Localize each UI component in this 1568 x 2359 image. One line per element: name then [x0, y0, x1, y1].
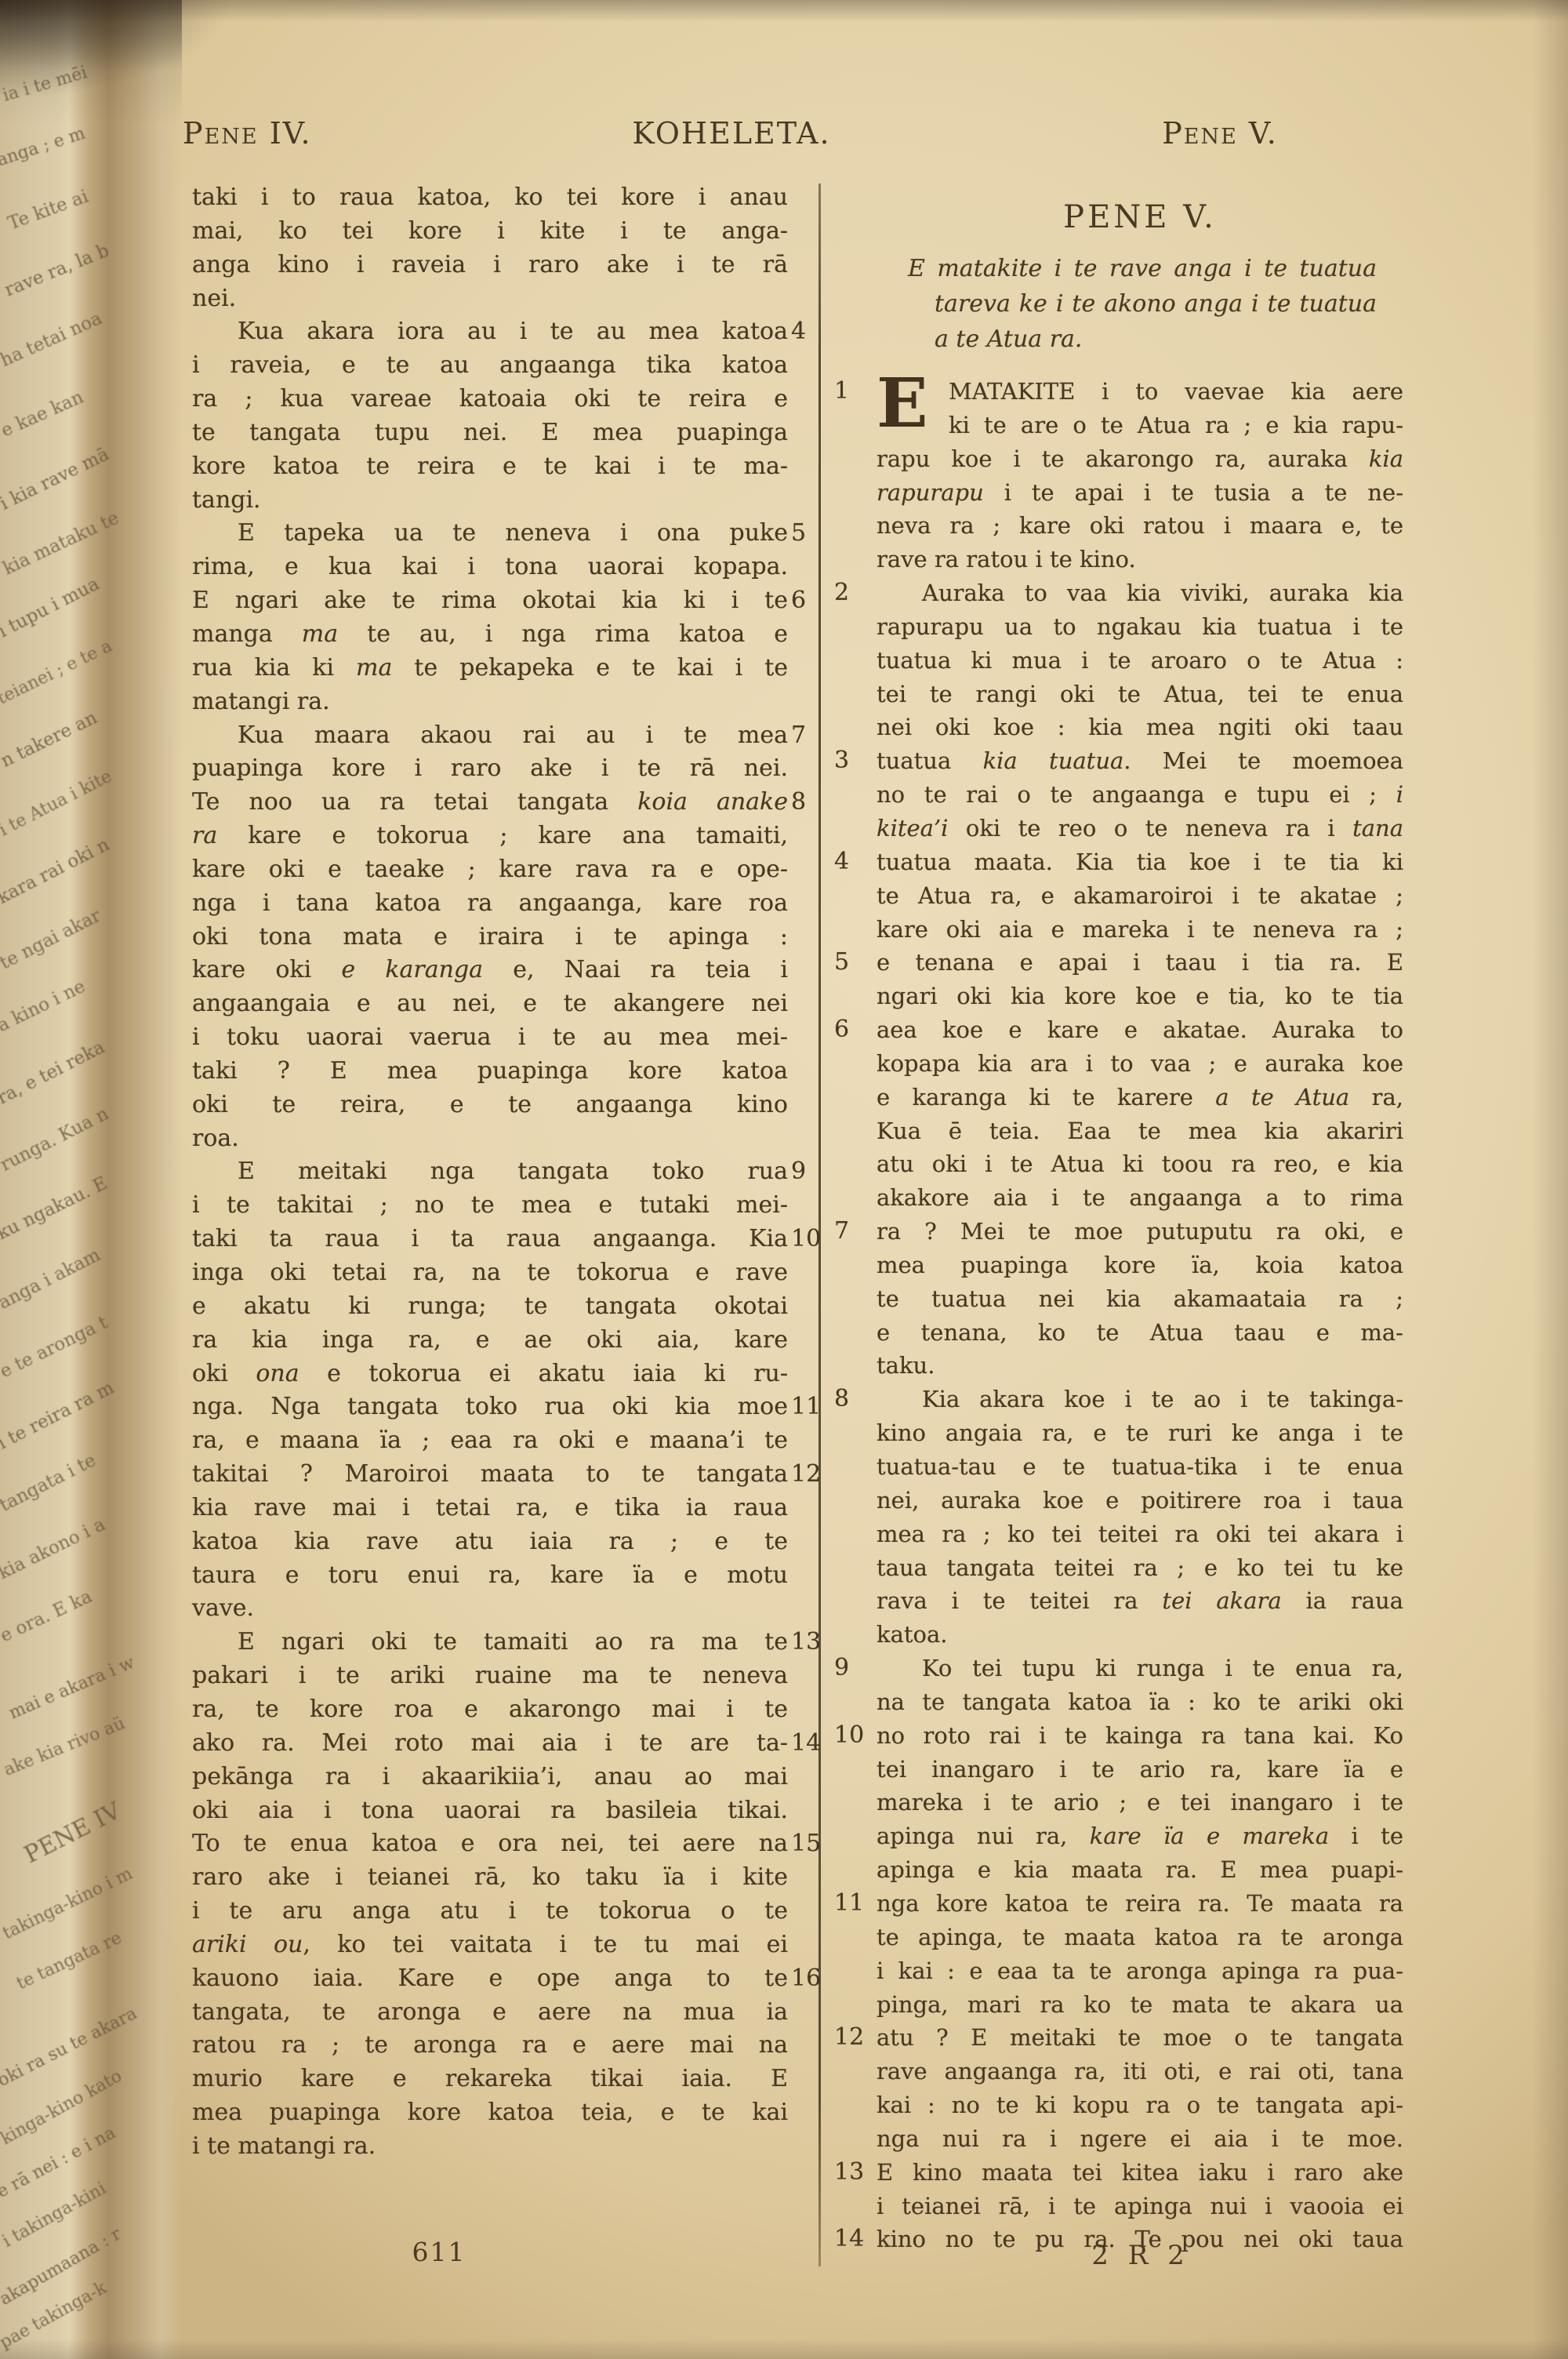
text-line: 12atu ? E meitaki te moe o te tangata [877, 2021, 1403, 2055]
text-line: 2Auraka to vaa kia viviki, auraka kia [877, 576, 1403, 610]
text-line: tei te rangi oki te Atua, tei te enua [877, 678, 1403, 711]
text-line: pekānga ra i akaarikiia’i, anau ao mai [192, 1761, 788, 1794]
text-line: 6aea koe e kare e akatae. Auraka to [877, 1013, 1403, 1047]
verse-number: 11 [833, 1887, 873, 1921]
text-line: 5E tapeka ua te neneva i ona puke [192, 517, 788, 551]
text-line: nei, auraka koe e poitirere roa i taua [877, 1484, 1403, 1518]
text-line: kia rave mai i tetai ra, e tika ia raua [192, 1492, 788, 1525]
column-divider [818, 184, 821, 2266]
text-line: taki ? E mea puapinga kore katoa [192, 1055, 788, 1089]
text-line: i toku uaorai vaerua i te au mea mei- [192, 1021, 788, 1055]
text-line: 11nga. Nga tangata toko rua oki kia moe [192, 1390, 788, 1424]
text-line: ratou ra ; te aronga ra e aere mai na [192, 2029, 788, 2063]
text-line: rave ra ratou i te kino. [877, 543, 1403, 576]
text-line: 15To te enua katoa e ora nei, tei aere n… [192, 1827, 788, 1861]
text-line: rua kia ki ma te pekapeka e te kai i te [192, 652, 788, 685]
text-line: 11nga kore katoa te reira ra. Te maata r… [877, 1887, 1403, 1921]
text-line: pinga, mari ra ko te mata te akara ua [877, 1988, 1403, 2022]
chapter-summary: E matakite i te rave anga i te tuatuatar… [877, 251, 1403, 357]
text-line: kino angaia ra, e te ruri ke anga i te [877, 1416, 1403, 1450]
text-line: nei oki koe : kia mea ngiti oki taau [877, 711, 1403, 744]
text-line: anga kino i raveia i raro ake i te rā [192, 249, 788, 282]
text-line: ra kia inga ra, e ae oki aia, kare [192, 1324, 788, 1358]
verse-number: 5 [833, 946, 873, 980]
text-line: 9E meitaki nga tangata toko rua [192, 1155, 788, 1189]
text-line: neva ra ; kare oki ratou i maara e, te [877, 509, 1403, 543]
text-line: 4Kua akara iora au i te au mea katoa [192, 315, 788, 349]
text-line: manga ma te au, i nga rima katoa e [192, 618, 788, 652]
verse-number: 15 [786, 1827, 838, 1861]
text-line: kare oki e karanga e, Naai ra teia i [192, 954, 788, 987]
text-line: taku. [877, 1349, 1403, 1383]
text-line: i teianei rā, i te apinga nui i vaooia e… [877, 2190, 1403, 2223]
text-line: a te Atua ra. [908, 322, 1377, 357]
text-line: 14ako ra. Mei roto mai aia i te are ta- [192, 1727, 788, 1761]
text-line: mea puapinga kore ïa, koia katoa [877, 1249, 1403, 1282]
text-line: tei inangaro i te ario ra, kare ïa e [877, 1753, 1403, 1787]
text-line: 10no roto rai i te kainga ra tana kai. K… [877, 1719, 1403, 1753]
text-line: mai, ko tei kore i kite i te anga- [192, 215, 788, 249]
verse-number: 10 [786, 1223, 838, 1256]
text-line: 3tuatua kia tuatua. Mei te moemoea [877, 744, 1403, 778]
text-line: apinga nui ra, kare ïa e mareka i te [877, 1819, 1403, 1853]
verse-number: 4 [833, 845, 873, 879]
text-line: vave. [192, 1592, 788, 1626]
text-line: te apinga, te maata katoa ra te aronga [877, 1921, 1403, 1954]
book-page-photo: ia i te mēianga ; e mTe kite airave ra, … [0, 0, 1568, 2359]
text-line: puapinga kore i raro ake i te rā nei. [192, 752, 788, 786]
verse-number: 4 [786, 315, 838, 349]
text-line: roa. [192, 1122, 788, 1156]
text-line: kore katoa te reira e te kai i te ma- [192, 450, 788, 484]
text-line: i te takitai ; no te mea e tutaki mei- [192, 1189, 788, 1223]
verse-number: 7 [833, 1215, 873, 1249]
text-line: murio kare e rekareka tikai iaia. E [192, 2063, 788, 2096]
text-line: mareka i te ario ; e tei inangaro i te [877, 1786, 1403, 1819]
text-line: taua tangata teitei ra ; e ko tei tu ke [877, 1551, 1403, 1585]
text-line: oki te reira, e te angaanga kino [192, 1089, 788, 1122]
running-head-center: KOHELETA. [632, 116, 830, 151]
text-line: oki ona e tokorua ei akatu iaia ki ru- [192, 1358, 788, 1391]
verse-number: 10 [833, 1719, 873, 1753]
verse-number: 12 [833, 2021, 873, 2055]
text-line: e karanga ki te karere a te Atua ra, [877, 1081, 1403, 1114]
verse-number: 3 [833, 744, 873, 778]
text-line: rave angaanga ra, iti oti, e rai oti, ta… [877, 2055, 1403, 2088]
text-line: 8Te noo ua ra tetai tangata koia anake [192, 786, 788, 820]
text-line: rapurapu ua to ngakau kia tuatua i te [877, 610, 1403, 644]
text-line: 7ra ? Mei te moe putuputu ra oki, e [877, 1215, 1403, 1249]
text-line: te Atua ra, e akamaroiroi i te akatae ; [877, 879, 1403, 913]
text-line: kitea’i oki te reo o te neneva ra i tana [877, 812, 1403, 845]
text-line: oki aia i tona uaorai ra basileia tikai. [192, 1794, 788, 1828]
text-line: atu oki i te Atua ki toou ra reo, e kia [877, 1147, 1403, 1181]
text-line: 8Kia akara koe i te ao i te takinga- [877, 1383, 1403, 1416]
text-line: mea ra ; ko tei teitei ra oki tei akara … [877, 1518, 1403, 1551]
text-line: tangi. [192, 484, 788, 518]
text-line: 10taki ta raua i ta raua angaanga. Kia [192, 1223, 788, 1256]
text-line: ra kare e tokorua ; kare ana tamaiti, [192, 820, 788, 853]
text-line: 1MATAKITE i to vaevae kia aere [877, 375, 1403, 409]
verse-number: 14 [833, 2223, 873, 2256]
text-line: ngari oki kia kore koe e tia, ko te tia [877, 980, 1403, 1013]
text-line: katoa. [877, 1618, 1403, 1652]
text-line: kare oki e taeake ; kare rava ra e ope- [192, 853, 788, 887]
text-line: i te matangi ra. [192, 2130, 788, 2164]
text-line: ra, te kore roa e akarongo mai i te [192, 1693, 788, 1727]
text-line: 16kauono iaia. Kare e ope anga to te [192, 1962, 788, 1996]
text-line: i kai : e eaa ta te aronga apinga ra pua… [877, 1954, 1403, 1988]
text-line: 5e tenana e apai i taau i tia ra. E [877, 946, 1403, 980]
verse-number: 16 [786, 1962, 838, 1996]
running-head-left: Pene IV. [183, 116, 312, 151]
verse-number: 9 [833, 1652, 873, 1685]
text-line: te tangata tupu nei. E mea puapinga [192, 416, 788, 450]
text-line: rapurapu i te apai i te tusia a te ne- [877, 476, 1403, 510]
text-line: apinga e kia maata ra. E mea puapi- [877, 1853, 1403, 1887]
text-line: taura e toru enui ra, kare ïa e motu [192, 1559, 788, 1593]
text-line: 9Ko tei tupu ki runga i te enua ra, [877, 1652, 1403, 1685]
text-line: 13E ngari oki te tamaiti ao ra ma te [192, 1626, 788, 1659]
verse-number: 2 [833, 576, 873, 610]
verse-number: 8 [833, 1383, 873, 1416]
text-line: Kua ē teia. Eaa te mea kia akariri [877, 1114, 1403, 1148]
text-line: matangi ra. [192, 685, 788, 719]
text-line: rava i te teitei ra tei akara ia raua [877, 1584, 1403, 1618]
verse-number: 11 [786, 1390, 838, 1424]
verse-number: 13 [786, 1626, 838, 1659]
text-line: e tenana, ko te Atua taau e ma- [877, 1316, 1403, 1350]
text-line: katoa kia rave atu iaia ra ; e te [192, 1525, 788, 1559]
text-line: angaangaia e au nei, e te akangere nei [192, 987, 788, 1021]
page-number: 611 [361, 2237, 517, 2267]
verse-number: 8 [786, 786, 838, 820]
text-line: 4tuatua maata. Kia tia koe i te tia ki [877, 845, 1403, 879]
text-line: inga oki tetai ra, na te tokorua e rave [192, 1256, 788, 1290]
text-line: 13E kino maata tei kitea iaku i raro ake [877, 2156, 1403, 2190]
text-line: nei. [192, 282, 788, 316]
text-line: no te rai o te angaanga e tupu ei ; i [877, 778, 1403, 812]
verse-number: 6 [786, 584, 838, 618]
left-column: taki i to raua katoa, ko tei kore i anau… [192, 181, 788, 2164]
text-line: i te aru anga atu i te tokorua o te [192, 1895, 788, 1928]
verse-number: 12 [786, 1458, 838, 1492]
chapter-heading: PENE V. [877, 199, 1403, 235]
running-head-right: Pene V. [1162, 116, 1278, 151]
signature-mark: 2 R 2 [1043, 2240, 1239, 2271]
text-line: 7Kua maara akaou rai au i te mea [192, 719, 788, 753]
verse-number: 1 [833, 375, 873, 409]
text-line: E matakite i te rave anga i te tuatua [908, 251, 1377, 286]
text-line: i raveia, e te au angaanga tika katoa [192, 349, 788, 383]
verse-number: 9 [786, 1155, 838, 1189]
text-line: ra ; kua vareae katoaia oki te reira e [192, 383, 788, 416]
text-line: oki tona mata e iraira i te apinga : [192, 921, 788, 954]
text-line: te tuatua nei kia akamaataia ra ; [877, 1282, 1403, 1316]
text-line: ra, e maana ïa ; eaa ra oki e maana’i te [192, 1424, 788, 1458]
text-line: pakari i te ariki ruaine ma te neneva [192, 1659, 788, 1693]
text-line: rapu koe i te akarongo ra, auraka kia [877, 442, 1403, 476]
text-line: kai : no te ki kopu ra o te tangata api- [877, 2088, 1403, 2122]
text-line: tuatua-tau e te tuatua-tika i te enua [877, 1450, 1403, 1484]
right-column: 1MATAKITE i to vaevae kia aereki te are … [877, 375, 1403, 2256]
text-line: kopapa kia ara i to vaa ; e auraka koe [877, 1047, 1403, 1081]
text-line: 12takitai ? Maroiroi maata to te tangata [192, 1458, 788, 1492]
text-line: akakore aia i te angaanga a to rima [877, 1181, 1403, 1215]
text-line: tareva ke i te akono anga i te tuatua [908, 286, 1377, 322]
text-line: ki te are o te Atua ra ; e kia rapu- [877, 409, 1403, 442]
verse-number: 13 [833, 2156, 873, 2190]
text-line: rima, e kua kai i tona uaorai kopapa. [192, 551, 788, 584]
text-line: e akatu ki runga; te tangata okotai [192, 1290, 788, 1324]
verse-number: 14 [786, 1727, 838, 1761]
verse-number: 7 [786, 719, 838, 753]
text-line: na te tangata katoa ïa : ko te ariki oki [877, 1685, 1403, 1719]
text-line: nga nui ra i ngere ei aia i te moe. [877, 2122, 1403, 2156]
book-gutter: ia i te mēianga ; e mTe kite airave ra, … [0, 0, 182, 2359]
text-line: 6E ngari ake te rima okotai kia ki i te [192, 584, 788, 618]
verse-number: 6 [833, 1013, 873, 1047]
verse-number: 5 [786, 517, 838, 551]
text-line: nga i tana katoa ra angaanga, kare roa [192, 887, 788, 921]
text-line: taki i to raua katoa, ko tei kore i anau [192, 181, 788, 215]
text-line: tangata, te aronga e aere na mua ia [192, 1996, 788, 2030]
text-line: raro ake i teianei rā, ko taku ïa i kite [192, 1861, 788, 1895]
text-line: kare oki aia e mareka i te neneva ra ; [877, 913, 1403, 947]
text-line: ariki ou, ko tei vaitata i te tu mai ei [192, 1928, 788, 1962]
text-line: tuatua ki mua i te aroaro o te Atua : [877, 644, 1403, 678]
text-line: mea puapinga kore katoa teia, e te kai [192, 2096, 788, 2130]
